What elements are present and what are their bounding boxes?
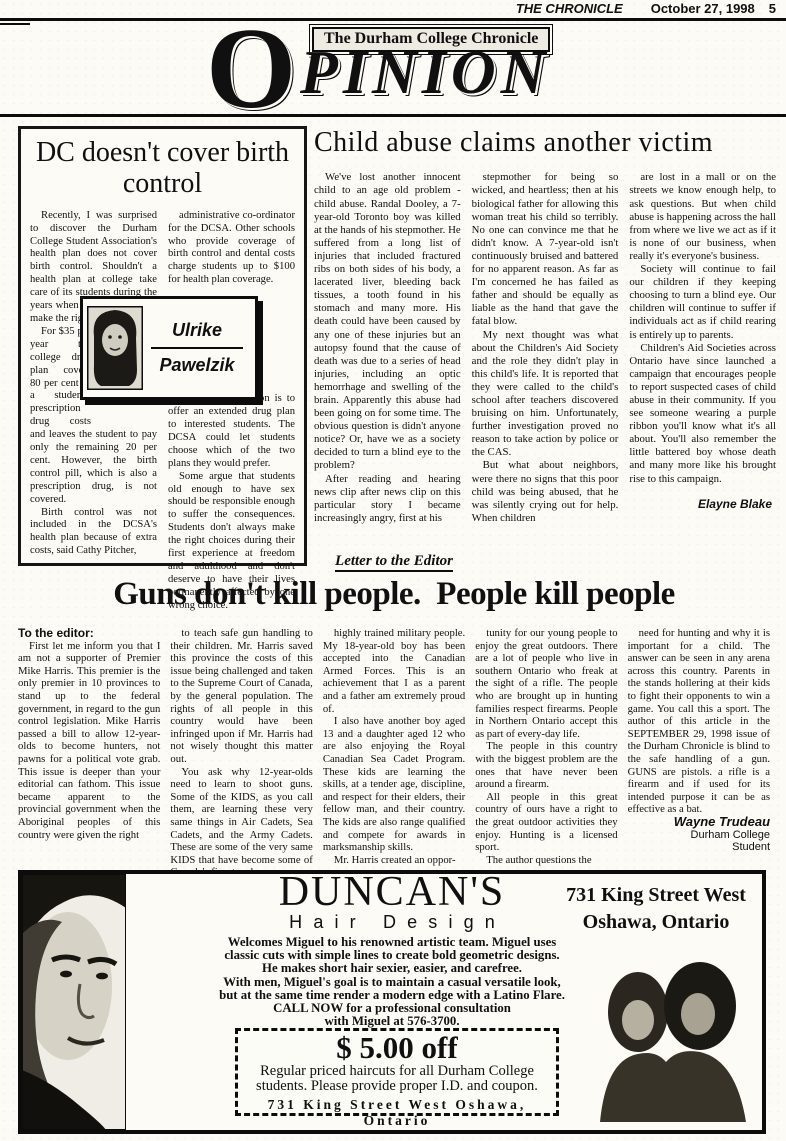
ad-address-line1: 731 King Street West: [554, 882, 758, 909]
column-1: To the editor: First let me inform you t…: [18, 627, 160, 879]
column-2: to teach safe gun handling to their chil…: [170, 627, 312, 879]
author-first-name: Ulrike: [143, 320, 251, 341]
author-last-name: Pawelzik: [143, 355, 251, 376]
page-header: THE CHRONICLEOctober 27, 19985: [516, 1, 776, 16]
letter-author-name: Wayne Trudeau: [628, 816, 770, 829]
masthead-banner: The Durham College Chronicle: [312, 27, 550, 52]
paragraph: First let me inform you that I am not a …: [18, 640, 160, 842]
column-2: stepmother for being so wicked, and hear…: [472, 171, 619, 525]
ad-copy-line: With men, Miguel's goal is to maintain a…: [174, 976, 610, 989]
paragraph: The people in this country with the bigg…: [475, 740, 617, 790]
column-4: tunity for our young people to enjoy the…: [475, 627, 617, 879]
article-headline: Child abuse claims another victim: [314, 128, 776, 157]
paragraph: All people in this great country of ours…: [475, 791, 617, 854]
coupon-address: 731 King Street West Oshawa, Ontario: [238, 1097, 556, 1129]
ad-business-name: DUNCAN'S: [182, 870, 602, 914]
paragraph: We've lost another innocent child to an …: [314, 171, 461, 472]
issue-date: October 27, 1998: [651, 1, 755, 16]
author-byline: Elayne Blake: [629, 498, 776, 511]
paragraph: highly trained military people. My 18-ye…: [323, 627, 465, 715]
article-columns: We've lost another innocent child to an …: [314, 171, 776, 525]
kicker-label: Letter to the Editor: [335, 553, 453, 572]
author-byline-box: Ulrike Pawelzik: [80, 296, 258, 400]
paragraph: to teach safe gun handling to their chil…: [170, 627, 312, 766]
article-birth-control: DC doesn't cover birth control Recently,…: [18, 126, 307, 566]
ad-portrait-photo: [22, 874, 126, 1130]
paragraph: Mr. Harris created an oppor-: [323, 854, 465, 867]
paragraph: You ask why 12-year-olds need to learn t…: [170, 766, 312, 879]
paragraph: Children's Aid Societies across Ontario …: [629, 342, 776, 486]
column-1: We've lost another innocent child to an …: [314, 171, 461, 525]
header-rule-fragment: [0, 23, 30, 25]
paragraph: The author questions the: [475, 854, 617, 867]
ad-copy-line: He makes short hair sexier, easier, and …: [174, 962, 610, 975]
paragraph: Birth control was not included in the DC…: [30, 507, 157, 559]
advertisement-duncans: DUNCAN'S Hair Design 731 King Street Wes…: [18, 870, 766, 1134]
byline-divider: [151, 347, 243, 349]
section-kicker: Letter to the Editor: [18, 552, 770, 570]
paragraph: stepmother for being so wicked, and hear…: [472, 171, 619, 328]
paragraph: are lost in a mall or on the streets we …: [629, 171, 776, 263]
author-name: Ulrike Pawelzik: [143, 320, 251, 376]
paragraph: But what about neighbors, were there no …: [472, 459, 619, 524]
masthead-rule: [0, 114, 786, 117]
column-3: are lost in a mall or on the streets we …: [629, 171, 776, 525]
ad-address-line2: Oshawa, Ontario: [554, 909, 758, 936]
portrait-photo-ulrike: [87, 306, 143, 390]
ad-address: 731 King Street West Oshawa, Ontario: [554, 882, 758, 936]
letter-columns: To the editor: First let me inform you t…: [18, 627, 770, 879]
letter-to-editor: Letter to the Editor Guns don't kill peo…: [18, 552, 770, 879]
publication-name: THE CHRONICLE: [516, 1, 623, 16]
page-number: 5: [769, 1, 776, 16]
letter-headline: Guns don't kill people. People kill peop…: [18, 578, 770, 611]
paragraph: administrative co-ordinator for the DCSA…: [168, 210, 295, 287]
letter-author-org: Durham College: [628, 829, 770, 842]
discount-coupon: $ 5.00 off Regular priced haircuts for a…: [235, 1028, 559, 1116]
salutation: To the editor:: [18, 627, 160, 640]
coupon-amount: $ 5.00 off: [238, 1032, 556, 1064]
header-rule: [0, 18, 786, 21]
paragraph: tunity for our young people to enjoy the…: [475, 627, 617, 740]
coupon-terms-line1: Regular priced haircuts for all Durham C…: [238, 1064, 556, 1080]
ad-business-tagline: Hair Design: [182, 912, 602, 933]
letter-author-role: Student: [628, 841, 770, 854]
column-5: need for hunting and why it is important…: [628, 627, 770, 879]
paragraph: After reading and hearing news clip afte…: [314, 473, 461, 525]
ad-couple-photo: [586, 950, 756, 1122]
newspaper-page: THE CHRONICLEOctober 27, 19985 O PINION …: [0, 0, 786, 1141]
paragraph: My next thought was what about the Child…: [472, 329, 619, 460]
ad-copy: Welcomes Miguel to his renowned artistic…: [174, 936, 610, 1028]
ad-copy-line: with Miguel at 576-3700.: [174, 1015, 610, 1028]
column-3: highly trained military people. My 18-ye…: [323, 627, 465, 879]
section-initial: O: [206, 16, 296, 123]
article-headline: DC doesn't cover birth control: [30, 137, 295, 200]
paragraph: Society will continue to fail our childr…: [629, 263, 776, 342]
paragraph: I also have another boy aged 13 and a da…: [323, 715, 465, 854]
article-child-abuse: Child abuse claims another victim We've …: [314, 128, 776, 525]
paragraph: need for hunting and why it is important…: [628, 627, 770, 816]
coupon-terms-line2: students. Please provide proper I.D. and…: [238, 1079, 556, 1095]
